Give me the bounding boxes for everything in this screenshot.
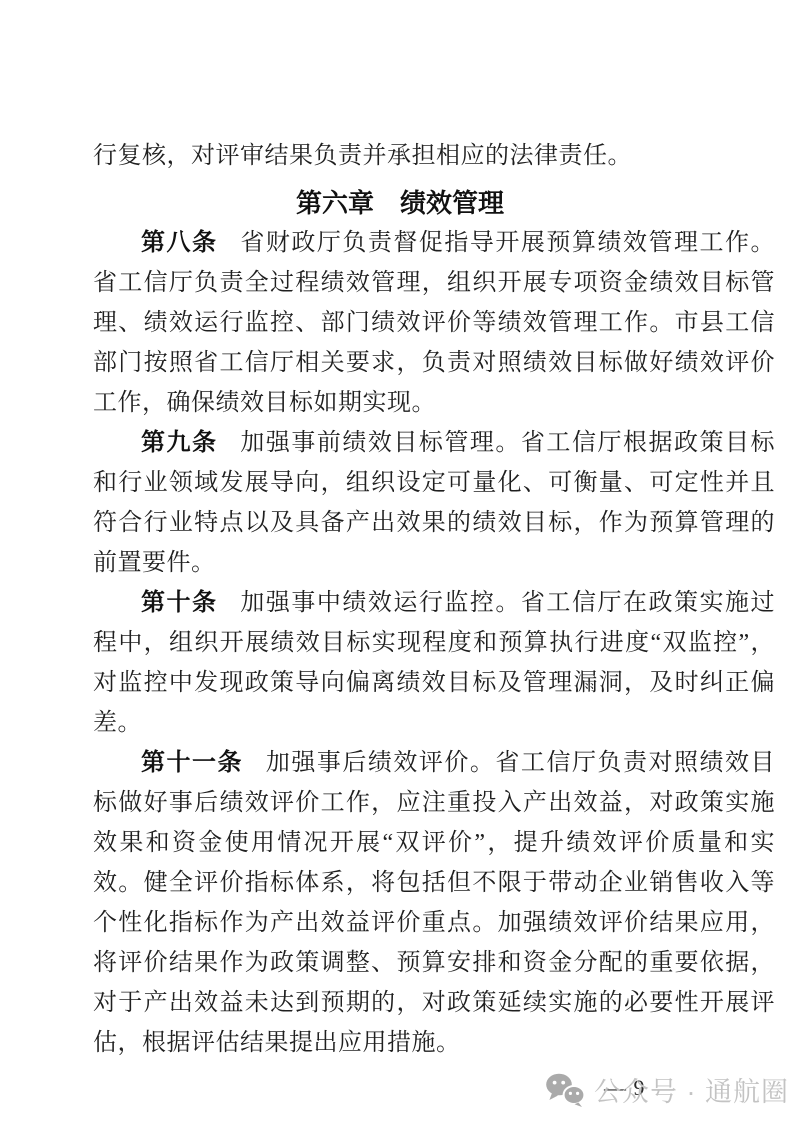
watermark-label: 公众号 · 通航圈	[594, 1070, 789, 1109]
article-9: 第九条加强事前绩效目标管理。省工信厅根据政策目标和行业领域发展导向，组织设定可量…	[93, 423, 775, 583]
article-8: 第八条省财政厅负责督促指导开展预算绩效管理工作。省工信厅负责全过程绩效管理，组织…	[93, 223, 775, 423]
chapter-heading: 第六章 绩效管理	[59, 183, 741, 223]
article-9-label: 第九条	[141, 429, 218, 456]
watermark: 公众号 · 通航圈	[545, 1070, 789, 1109]
wechat-icon	[545, 1072, 585, 1107]
article-8-label: 第八条	[141, 229, 218, 256]
article-10-label: 第十条	[141, 589, 218, 616]
article-10: 第十条加强事中绩效运行监控。省工信厅在政策实施过程中，组织开展绩效目标实现程度和…	[93, 583, 775, 743]
article-11-body: 加强事后绩效评价。省工信厅负责对照绩效目标做好事后绩效评价工作，应注重投入产出效…	[93, 750, 775, 1056]
article-11: 第十一条加强事后绩效评价。省工信厅负责对照绩效目标做好事后绩效评价工作，应注重投…	[93, 743, 775, 1063]
document-page-content: 行复核，对评审结果负责并承担相应的法律责任。 第六章 绩效管理 第八条省财政厅负…	[93, 136, 775, 1101]
article-8-body: 省财政厅负责督促指导开展预算绩效管理工作。省工信厅负责全过程绩效管理，组织开展专…	[93, 230, 775, 416]
paragraph-continuation: 行复核，对评审结果负责并承担相应的法律责任。	[93, 136, 775, 176]
article-11-label: 第十一条	[141, 749, 243, 776]
